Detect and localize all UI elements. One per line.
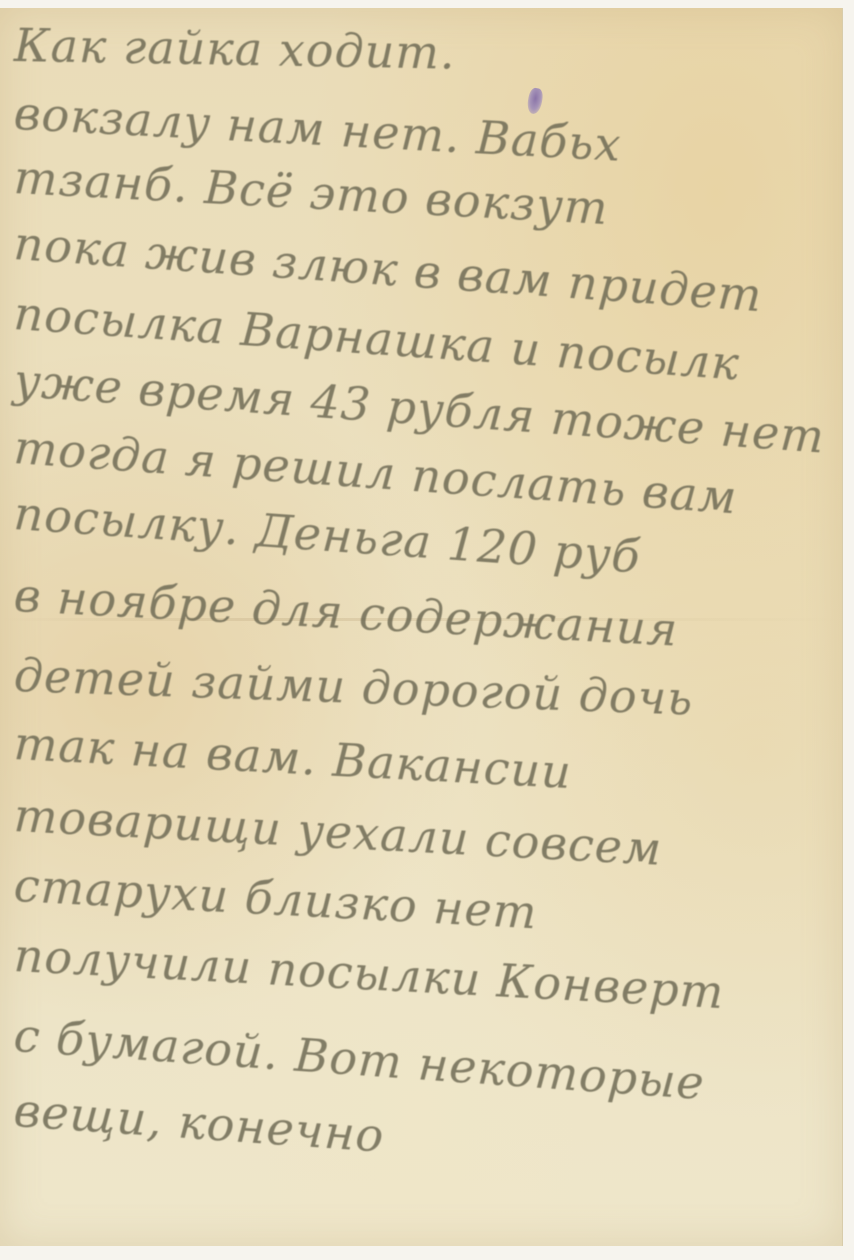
handwritten-line: вещи, конечно bbox=[12, 1083, 386, 1163]
ink-stain bbox=[526, 87, 544, 115]
handwritten-line: Как гайка ходит. bbox=[14, 18, 456, 80]
handwritten-line: старухи близко нет bbox=[13, 858, 539, 939]
scanned-page: Как гайка ходит. вокзалу нам нет. Вабьх … bbox=[0, 0, 854, 1260]
handwritten-line: получили посылки Конверт bbox=[13, 928, 726, 1019]
letter-paper: Как гайка ходит. вокзалу нам нет. Вабьх … bbox=[0, 8, 843, 1246]
handwritten-line: в ноябре для содержания bbox=[13, 568, 680, 657]
handwritten-line: детей займи дорогой дочь bbox=[13, 648, 694, 726]
handwritten-line: так на вам. Вакансии bbox=[13, 716, 574, 799]
